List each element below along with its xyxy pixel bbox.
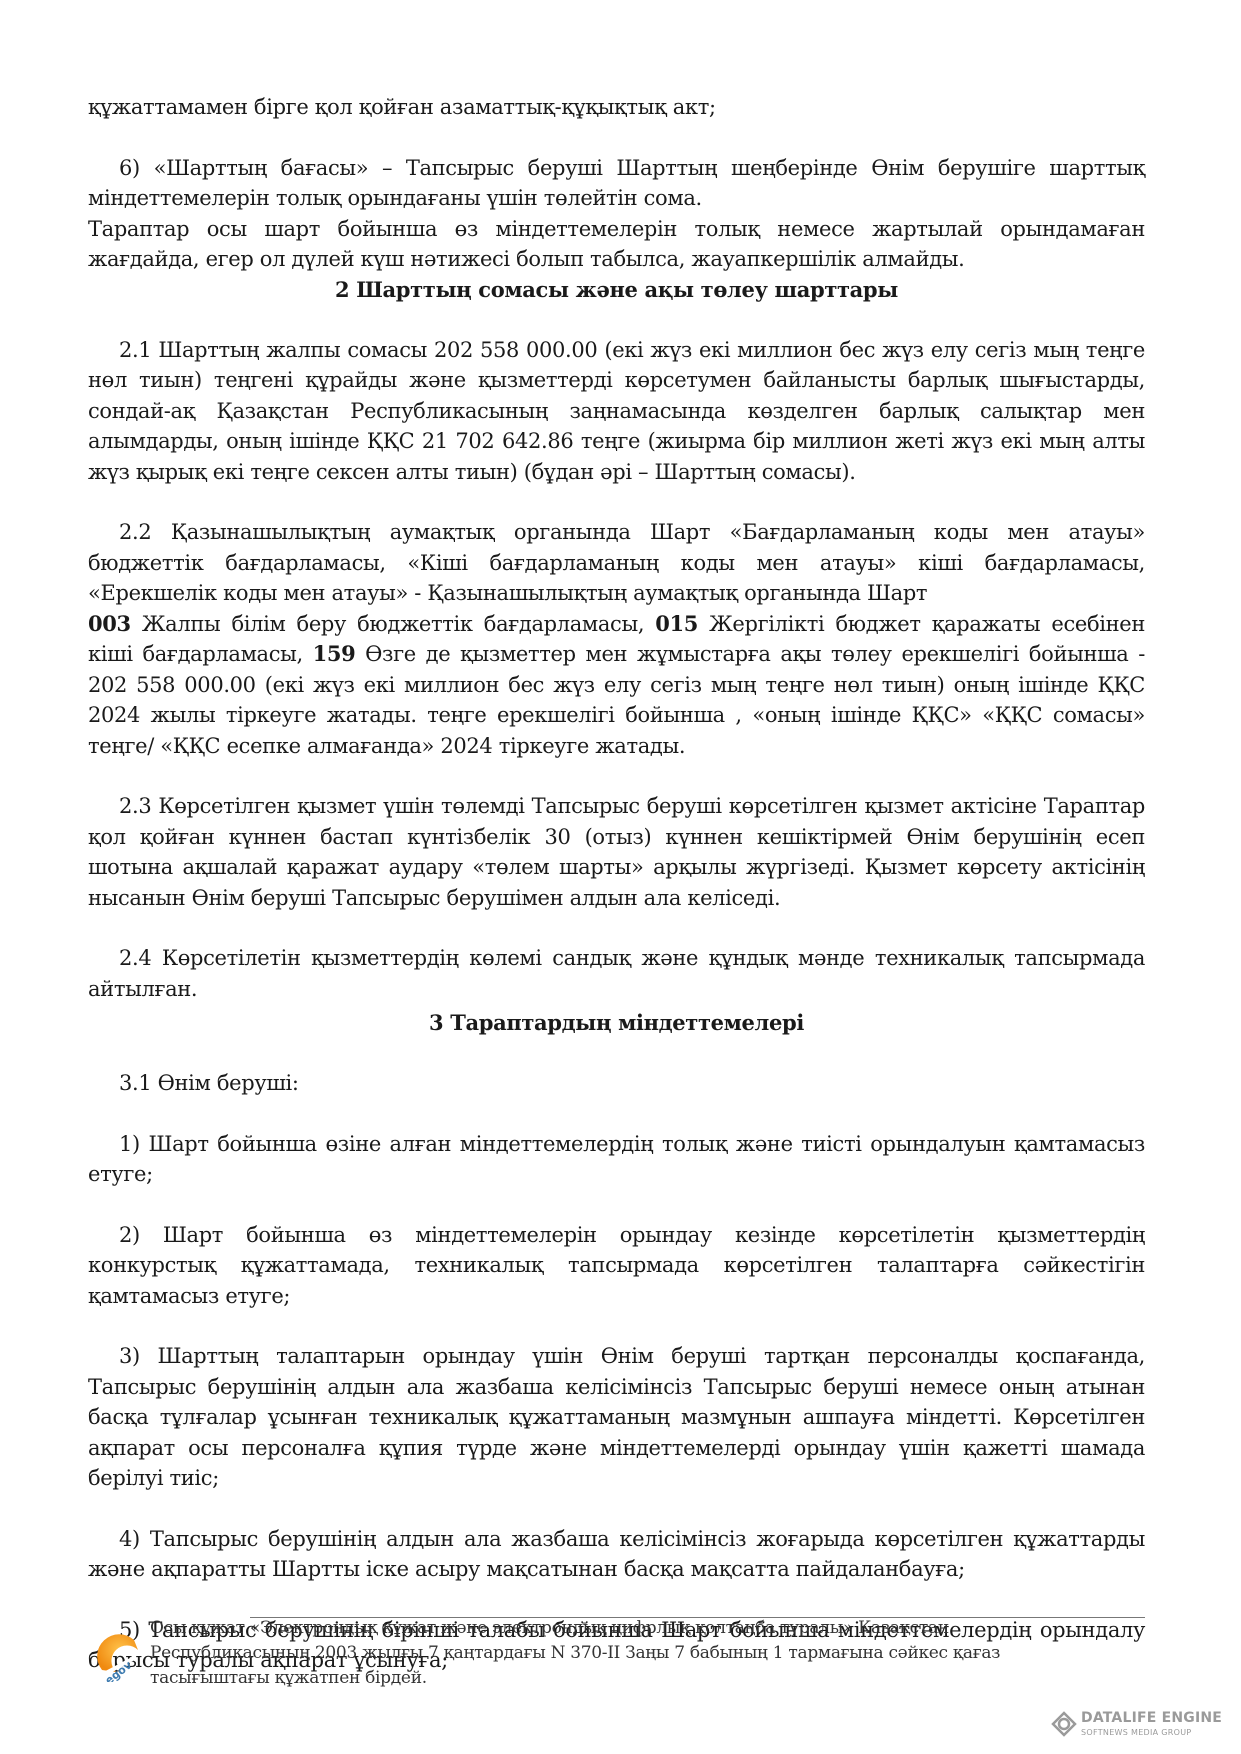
datalife-engine-logo-icon [1050, 1710, 1078, 1738]
subprogram-code: 015 [655, 611, 698, 636]
paragraph-force-majeure: Тараптар осы шарт бойынша өз міндеттемел… [88, 214, 1145, 275]
paragraph-continuation: құжаттамамен бірге қол қойған азаматтық-… [88, 92, 1145, 123]
egov-sun-logo-icon: egov [94, 1632, 144, 1682]
paragraph-2-2-codes: 003 Жалпы білім беру бюджеттік бағдарлам… [88, 609, 1145, 762]
section-heading-2: 2 Шарттың сомасы және ақы төлеу шарттары [88, 275, 1145, 305]
budget-program-text: Жалпы білім беру бюджеттік бағдарламасы, [131, 612, 655, 636]
paragraph-2-3: 2.3 Көрсетілген қызмет үшін төлемді Тапс… [88, 791, 1145, 913]
footer-legal-notice: Осы құжат «Электрондық құжат және электр… [150, 1616, 1050, 1691]
paragraph-3-1-2: 2) Шарт бойынша өз міндеттемелерін орынд… [88, 1220, 1145, 1312]
paragraph-3-1: 3.1 Өнім беруші: [88, 1068, 1145, 1099]
paragraph-2-2: 2.2 Қазынашылықтың аумақтық органында Ша… [88, 517, 1145, 609]
paragraph-contract-price: 6) «Шарттың бағасы» – Тапсырыс беруші Ша… [88, 153, 1145, 214]
document-page: құжаттамамен бірге қол қойған азаматтық-… [88, 92, 1145, 1676]
paragraph-2-1: 2.1 Шарттың жалпы сомасы 202 558 000.00 … [88, 335, 1145, 488]
specific-code: 159 [313, 641, 356, 666]
paragraph-2-4: 2.4 Көрсетілетін қызметтердің көлемі сан… [88, 943, 1145, 1004]
paragraph-3-1-3: 3) Шарттың талаптарын орындау үшін Өнім … [88, 1341, 1145, 1494]
section-heading-3: 3 Тараптардың міндеттемелері [88, 1008, 1145, 1038]
paragraph-3-1-1: 1) Шарт бойынша өзіне алған міндеттемеле… [88, 1129, 1145, 1190]
watermark-title: DATALIFE ENGINE [1081, 1710, 1222, 1726]
paragraph-3-1-4: 4) Тапсырыс берушінің алдын ала жазбаша … [88, 1524, 1145, 1585]
budget-program-code: 003 [88, 611, 131, 636]
datalife-engine-watermark: DATALIFE ENGINE SOFTNEWS MEDIA GROUP [1050, 1708, 1235, 1744]
watermark-subtitle: SOFTNEWS MEDIA GROUP [1081, 1728, 1192, 1737]
